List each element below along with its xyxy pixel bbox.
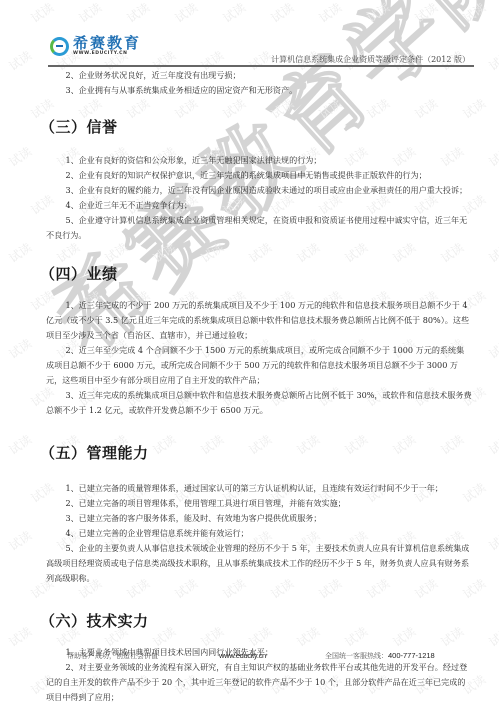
management-item: 2、已建立完备的项目管理体系，使用管理工具进行项目管理，并能有效实施； [46, 496, 472, 511]
management-item: 1、已建立完备的质量管理体系，通过国家认可的第三方认证机构认证，且连续有效运行时… [46, 481, 472, 496]
intro-item: 2、企业财务状况良好，近三年度没有出现亏损； [46, 68, 472, 83]
credit-item: 2、企业有良好的知识产权保护意识，近三年完成的系统集成项目中无销售或提供非正版软… [46, 168, 472, 183]
credit-item: 3、企业有良好的履约能力，近三年没有因企业原因造成验收未通过的项目或应由企业承担… [46, 183, 472, 198]
performance-item: 2、近三年至少完成 4 个合同额不少于 1500 万元的系统集成项目，或所完成合… [46, 343, 472, 388]
page-header: 希赛教育 WWW.EDUCITY.CN 计算机信息系统集成企业资质等级评定条件（… [44, 35, 474, 65]
credit-item: 4、企业近三年无不正当竞争行为； [46, 198, 472, 213]
header-divider [48, 65, 474, 67]
technical-item: 2、对主要业务领域的业务流程有深入研究，有自主知识产权的基础业务软件平台或其他先… [46, 660, 472, 705]
document-title: 计算机信息系统集成企业资质等级评定条件（2012 版） [271, 54, 470, 65]
hotline-number: 400-777-1218 [388, 651, 435, 660]
document-body: 2、企业财务状况良好，近三年度没有出现亏损； 3、企业拥有与从事系统集成业务相适… [46, 68, 472, 705]
hotline-label: 全国统一客服热线： [325, 652, 388, 660]
section-heading-management: （五）管理能力 [40, 442, 472, 463]
intro-item: 3、企业拥有与从事系统集成业务相适应的固定资产和无形资产。 [46, 83, 472, 98]
section-heading-credit: （三）信誉 [40, 116, 472, 137]
section-heading-technical-strength: （六）技术实力 [40, 610, 472, 631]
logo-mark-icon [50, 37, 69, 56]
page-footer: 帮助客户成功，创造社会价值 www.educity.cn 全国统一客服热线：40… [0, 651, 499, 665]
logo-url: WWW.EDUCITY.CN [73, 52, 141, 57]
document-page: 希赛教育 WWW.EDUCITY.CN 计算机信息系统集成企业资质等级评定条件（… [0, 0, 499, 706]
footer-hotline: 全国统一客服热线：400-777-1218 [325, 651, 435, 661]
performance-item: 1、近三年完成的不少于 200 万元的系统集成项目及不少于 100 万元的纯软件… [46, 298, 472, 343]
logo-chinese-name: 希赛教育 [73, 36, 141, 51]
section-heading-performance: （四）业绩 [40, 263, 472, 284]
management-item: 3、已建立完备的客户服务体系，能及时、有效地为客户提供优质服务； [46, 511, 472, 526]
footer-url-link[interactable]: www.educity.cn [219, 651, 266, 660]
educity-logo: 希赛教育 WWW.EDUCITY.CN [50, 36, 141, 57]
performance-item: 3、近三年完成的系统集成项目总额中软件和信息技术服务费总额所占比例不低于 30%… [46, 388, 472, 418]
credit-item: 5、企业遵守计算机信息系统集成企业资质管理相关规定，在资质申报和资质证书使用过程… [46, 213, 472, 243]
management-item: 5、企业的主要负责人从事信息技术领域企业管理的经历不少于 5 年，主要技术负责人… [46, 541, 472, 586]
credit-item: 1、企业有良好的资信和公众形象，近三年无触犯国家法律法规的行为； [46, 153, 472, 168]
management-item: 4、已建立完善的企业管理信息系统并能有效运行； [46, 526, 472, 541]
footer-slogan: 帮助客户成功，创造社会价值 [67, 651, 158, 661]
